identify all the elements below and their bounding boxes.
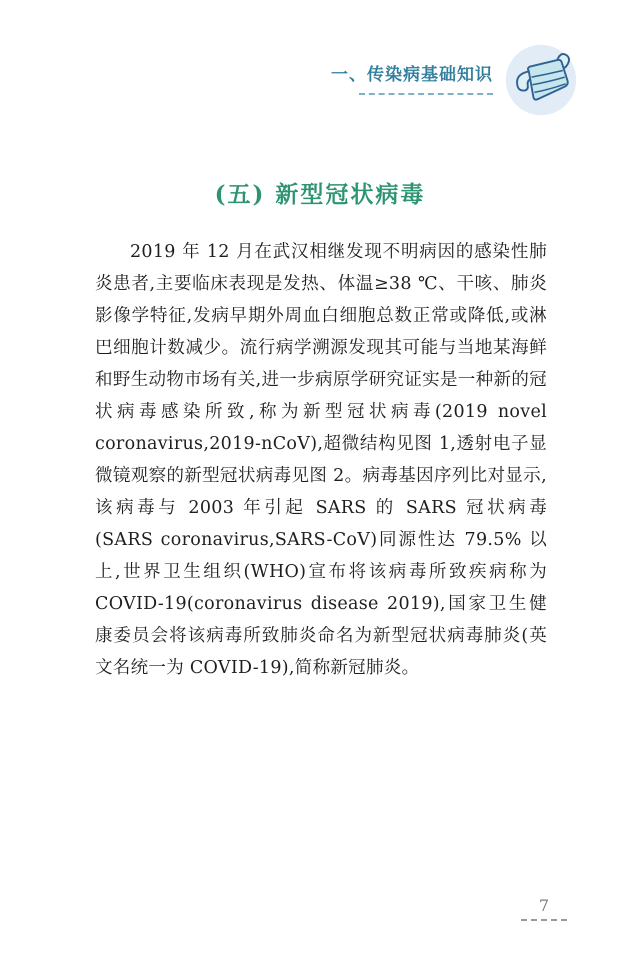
body-paragraph: 2019 年 12 月在武汉相继发现不明病因的感染性肺炎患者,主要临床表现是发热…: [95, 236, 547, 684]
chapter-label: 一、传染病基础知识: [331, 60, 493, 85]
page-number: 7: [521, 896, 567, 915]
chapter-heading: 一、传染病基础知识: [331, 60, 493, 95]
page-number-dashed-underline: [521, 919, 567, 921]
chapter-dashed-underline: [359, 93, 493, 95]
page-header: 一、传染病基础知识: [331, 42, 579, 118]
book-page: 一、传染病基础知识 (五) 新型冠状病毒 2019 年 12 月在武汉相继发现不…: [0, 0, 639, 959]
page-footer: 7: [521, 896, 567, 921]
face-mask-icon: [503, 42, 579, 118]
section-title: (五) 新型冠状病毒: [95, 176, 545, 209]
